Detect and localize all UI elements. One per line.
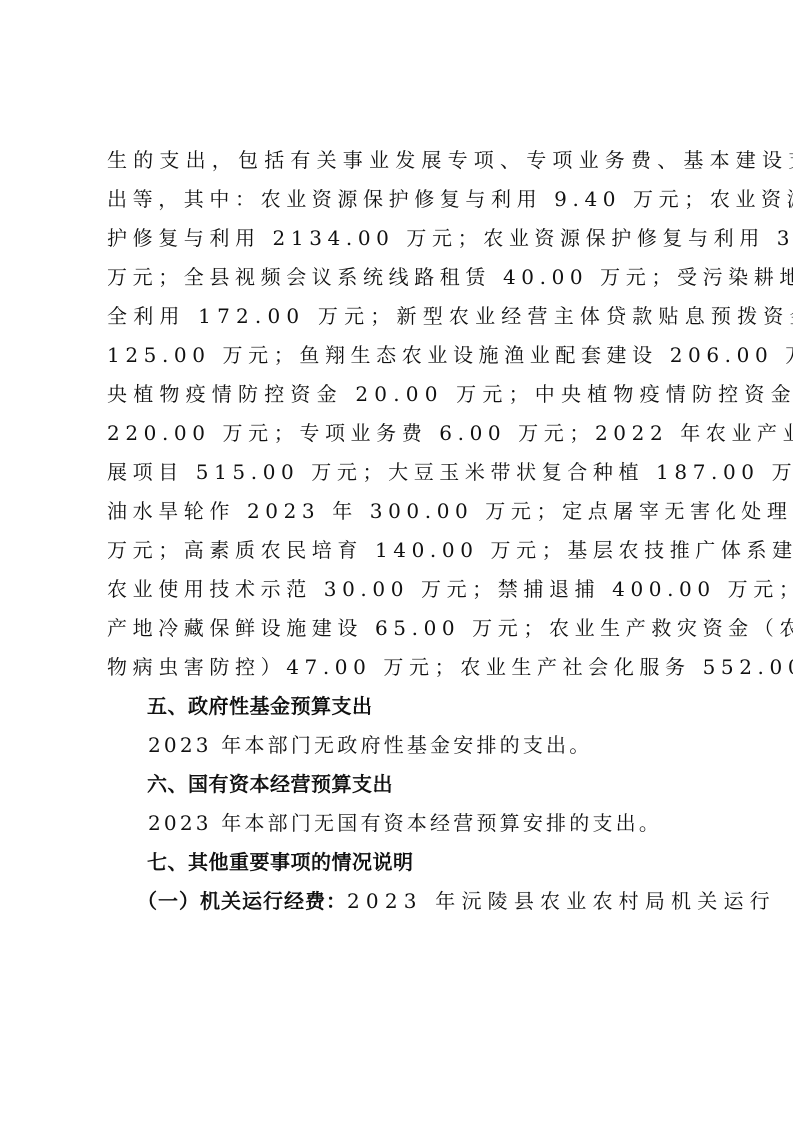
paragraph-line: 万元；高素质农民培育 140.00 万元；基层农技推广体系建设与 [107, 531, 687, 570]
paragraph-line: 出等，其中：农业资源保护修复与利用 9.40 万元；农业资源保 [107, 180, 687, 219]
section-body-state-capital: 2023 年本部门无国有资本经营预算安排的支出。 [107, 804, 687, 843]
paragraph-line: 央植物疫情防控资金 20.00 万元；中央植物疫情防控资金 [107, 375, 687, 414]
paragraph-line: 油水旱轮作 2023 年 300.00 万元；定点屠宰无害化处理 40.00 [107, 492, 687, 531]
paragraph-line: 全利用 172.00 万元；新型农业经营主体贷款贴息预拨资金 [107, 297, 687, 336]
paragraph-line: 万元；全县视频会议系统线路租赁 40.00 万元；受污染耕地安 [107, 258, 687, 297]
paragraph-line: 物病虫害防控）47.00 万元；农业生产社会化服务 552.00 万元。 [107, 648, 687, 687]
paragraph-line: 220.00 万元；专项业务费 6.00 万元；2022 年农业产业融合发 [107, 414, 687, 453]
paragraph-line: 护修复与利用 2134.00 万元；农业资源保护修复与利用 39.40 [107, 219, 687, 258]
section-heading-government-fund: 五、政府性基金预算支出 [107, 687, 687, 726]
section-body-government-fund: 2023 年本部门无政府性基金安排的支出。 [107, 726, 687, 765]
paragraph-line: 125.00 万元；鱼翔生态农业设施渔业配套建设 206.00 万元；中 [107, 336, 687, 375]
paragraph-line: 农业使用技术示范 30.00 万元；禁捕退捕 400.00 万元；农产品 [107, 570, 687, 609]
paragraph-line: 产地冷藏保鲜设施建设 65.00 万元；农业生产救灾资金（农作 [107, 609, 687, 648]
subsection-label: （一）机关运行经费： [137, 889, 347, 913]
subsection-text: 2023 年沅陵县农业农村局机关运行 [347, 889, 776, 913]
paragraph-line: 生的支出，包括有关事业发展专项、专项业务费、基本建设支 [107, 141, 687, 180]
subsection-operating-expenses: （一）机关运行经费：2023 年沅陵县农业农村局机关运行 [107, 882, 687, 921]
section-heading-other-matters: 七、其他重要事项的情况说明 [107, 843, 687, 882]
document-page: 生的支出，包括有关事业发展专项、专项业务费、基本建设支 出等，其中：农业资源保护… [107, 141, 687, 921]
section-heading-state-capital: 六、国有资本经营预算支出 [107, 765, 687, 804]
paragraph-line: 展项目 515.00 万元；大豆玉米带状复合种植 187.00 万元；稻 [107, 453, 687, 492]
